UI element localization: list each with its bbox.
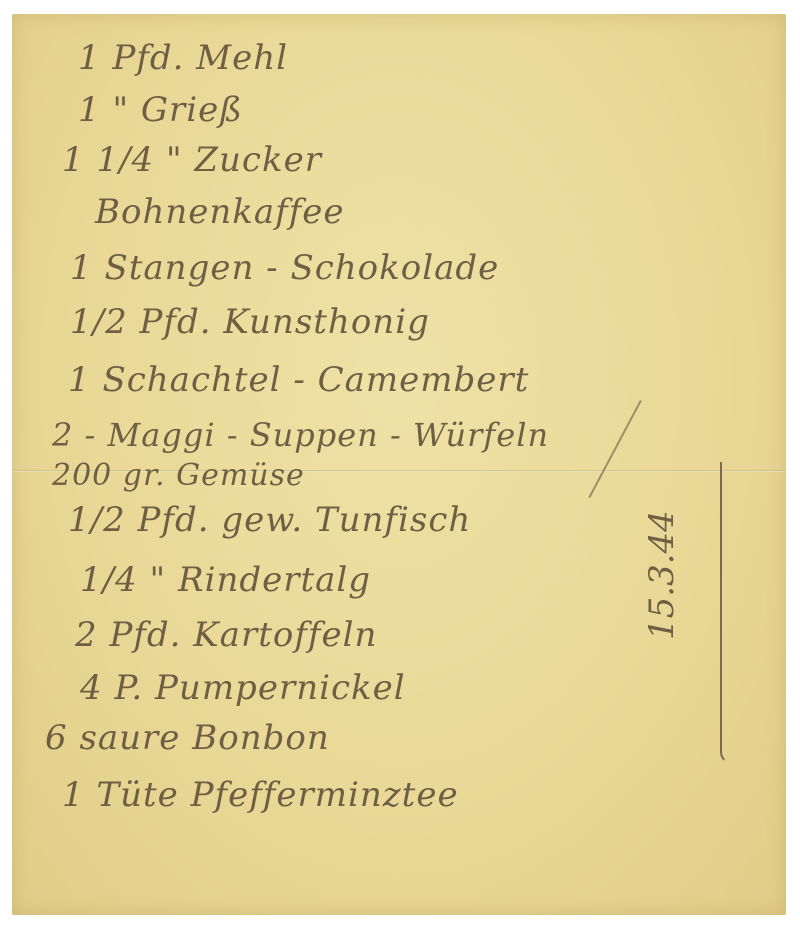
- list-item: 200 gr. Gemüse: [52, 458, 305, 493]
- list-item: Bohnenkaffee: [95, 192, 345, 232]
- list-item: 4 P. Pumpernickel: [80, 668, 406, 708]
- list-item: 1/2 Pfd. gew. Tunfisch: [68, 500, 471, 540]
- list-item: 1/2 Pfd. Kunsthonig: [70, 302, 430, 342]
- list-item: 1 1/4 " Zucker: [62, 140, 322, 180]
- list-item: 2 Pfd. Kartoffeln: [75, 615, 377, 655]
- list-item: 1 Schachtel - Camembert: [68, 360, 529, 400]
- list-item: 1 Tüte Pfefferminztee: [62, 775, 459, 815]
- list-item: 1 Pfd. Mehl: [78, 38, 288, 78]
- list-item: 1 Stangen - Schokolade: [70, 248, 499, 288]
- list-item: 6 saure Bonbon: [45, 718, 330, 758]
- list-item: 1/4 " Rindertalg: [80, 560, 371, 600]
- list-item: 2 - Maggi - Suppen - Würfeln: [52, 416, 549, 454]
- list-item: 1 " Grieß: [78, 90, 243, 130]
- date-note: 15.3.44: [642, 510, 682, 640]
- bracket-line: [720, 462, 738, 764]
